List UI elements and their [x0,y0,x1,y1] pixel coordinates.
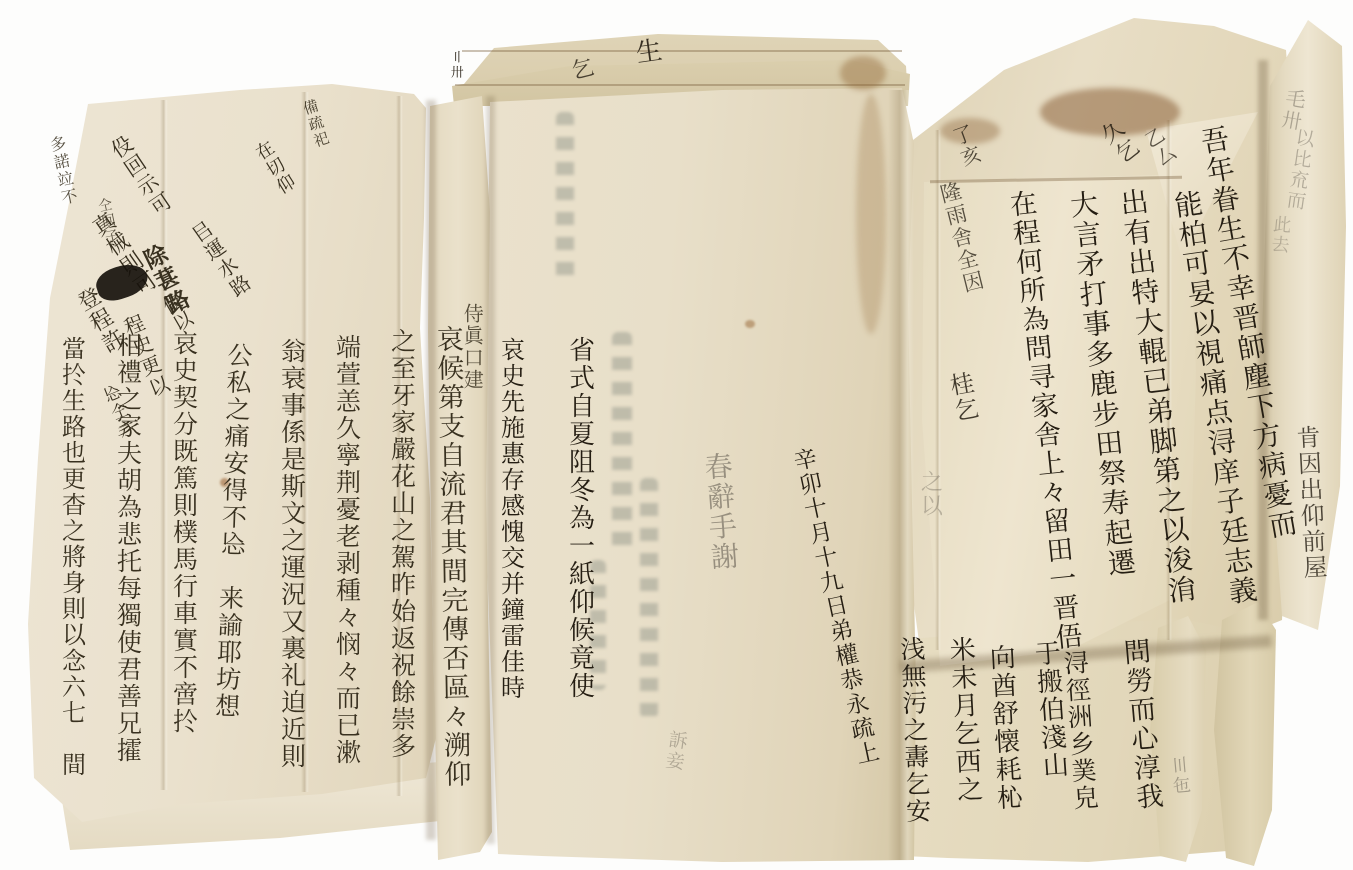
top-partial-glyphs: 〢卅 [448,50,462,80]
faded-column: 春辭手謝 [701,451,739,573]
annotation-column: 多諾竝不 [46,134,78,208]
calligraphy-column: 之至牙家嚴花山之駕昨始返祝餘崇多 [388,328,415,760]
top-partial-glyphs: 生 [630,36,661,68]
cursive-column: 浅無污之夀乞安 [897,636,930,826]
fold-strip-faint-column: 此去 [1269,214,1291,256]
calligraphy-column: 哀史先施惠存感愧交并鐘雷佳時 [497,337,522,701]
calligraphy-column: 端萱恙久寧荆憂老剥種々悯々而已漱 [333,334,360,766]
bundle-marks: 〣㐌 [1168,755,1190,797]
calligraphy-column: 省式自夏阻冬為一紙仰候竟使 [565,336,593,700]
calligraphy-column: 當扵生路也更杳之將身則以念六七 間 [58,336,83,778]
manuscript-photo: 備疏祀 伇回示可 在切仰 多諾竝不 仝回子 真械則可 㠯運水路 登程許 伖以 除… [0,0,1353,870]
strip-small-column: 侍眞口建 [461,303,482,391]
edge-faint-column: 之以 [918,470,941,518]
calligraphy-column: 哀史契分既篤則樸馬行車實不啻扵 [170,330,197,735]
calligraphy-column: 相禮之家夫胡為悲托每獨使君善兄攉 [114,332,141,764]
paper-sheet-left-main [22,78,494,868]
calligraphy-column: 翁衰事係是斯文之運況又裏礼迫近則 [278,338,305,770]
